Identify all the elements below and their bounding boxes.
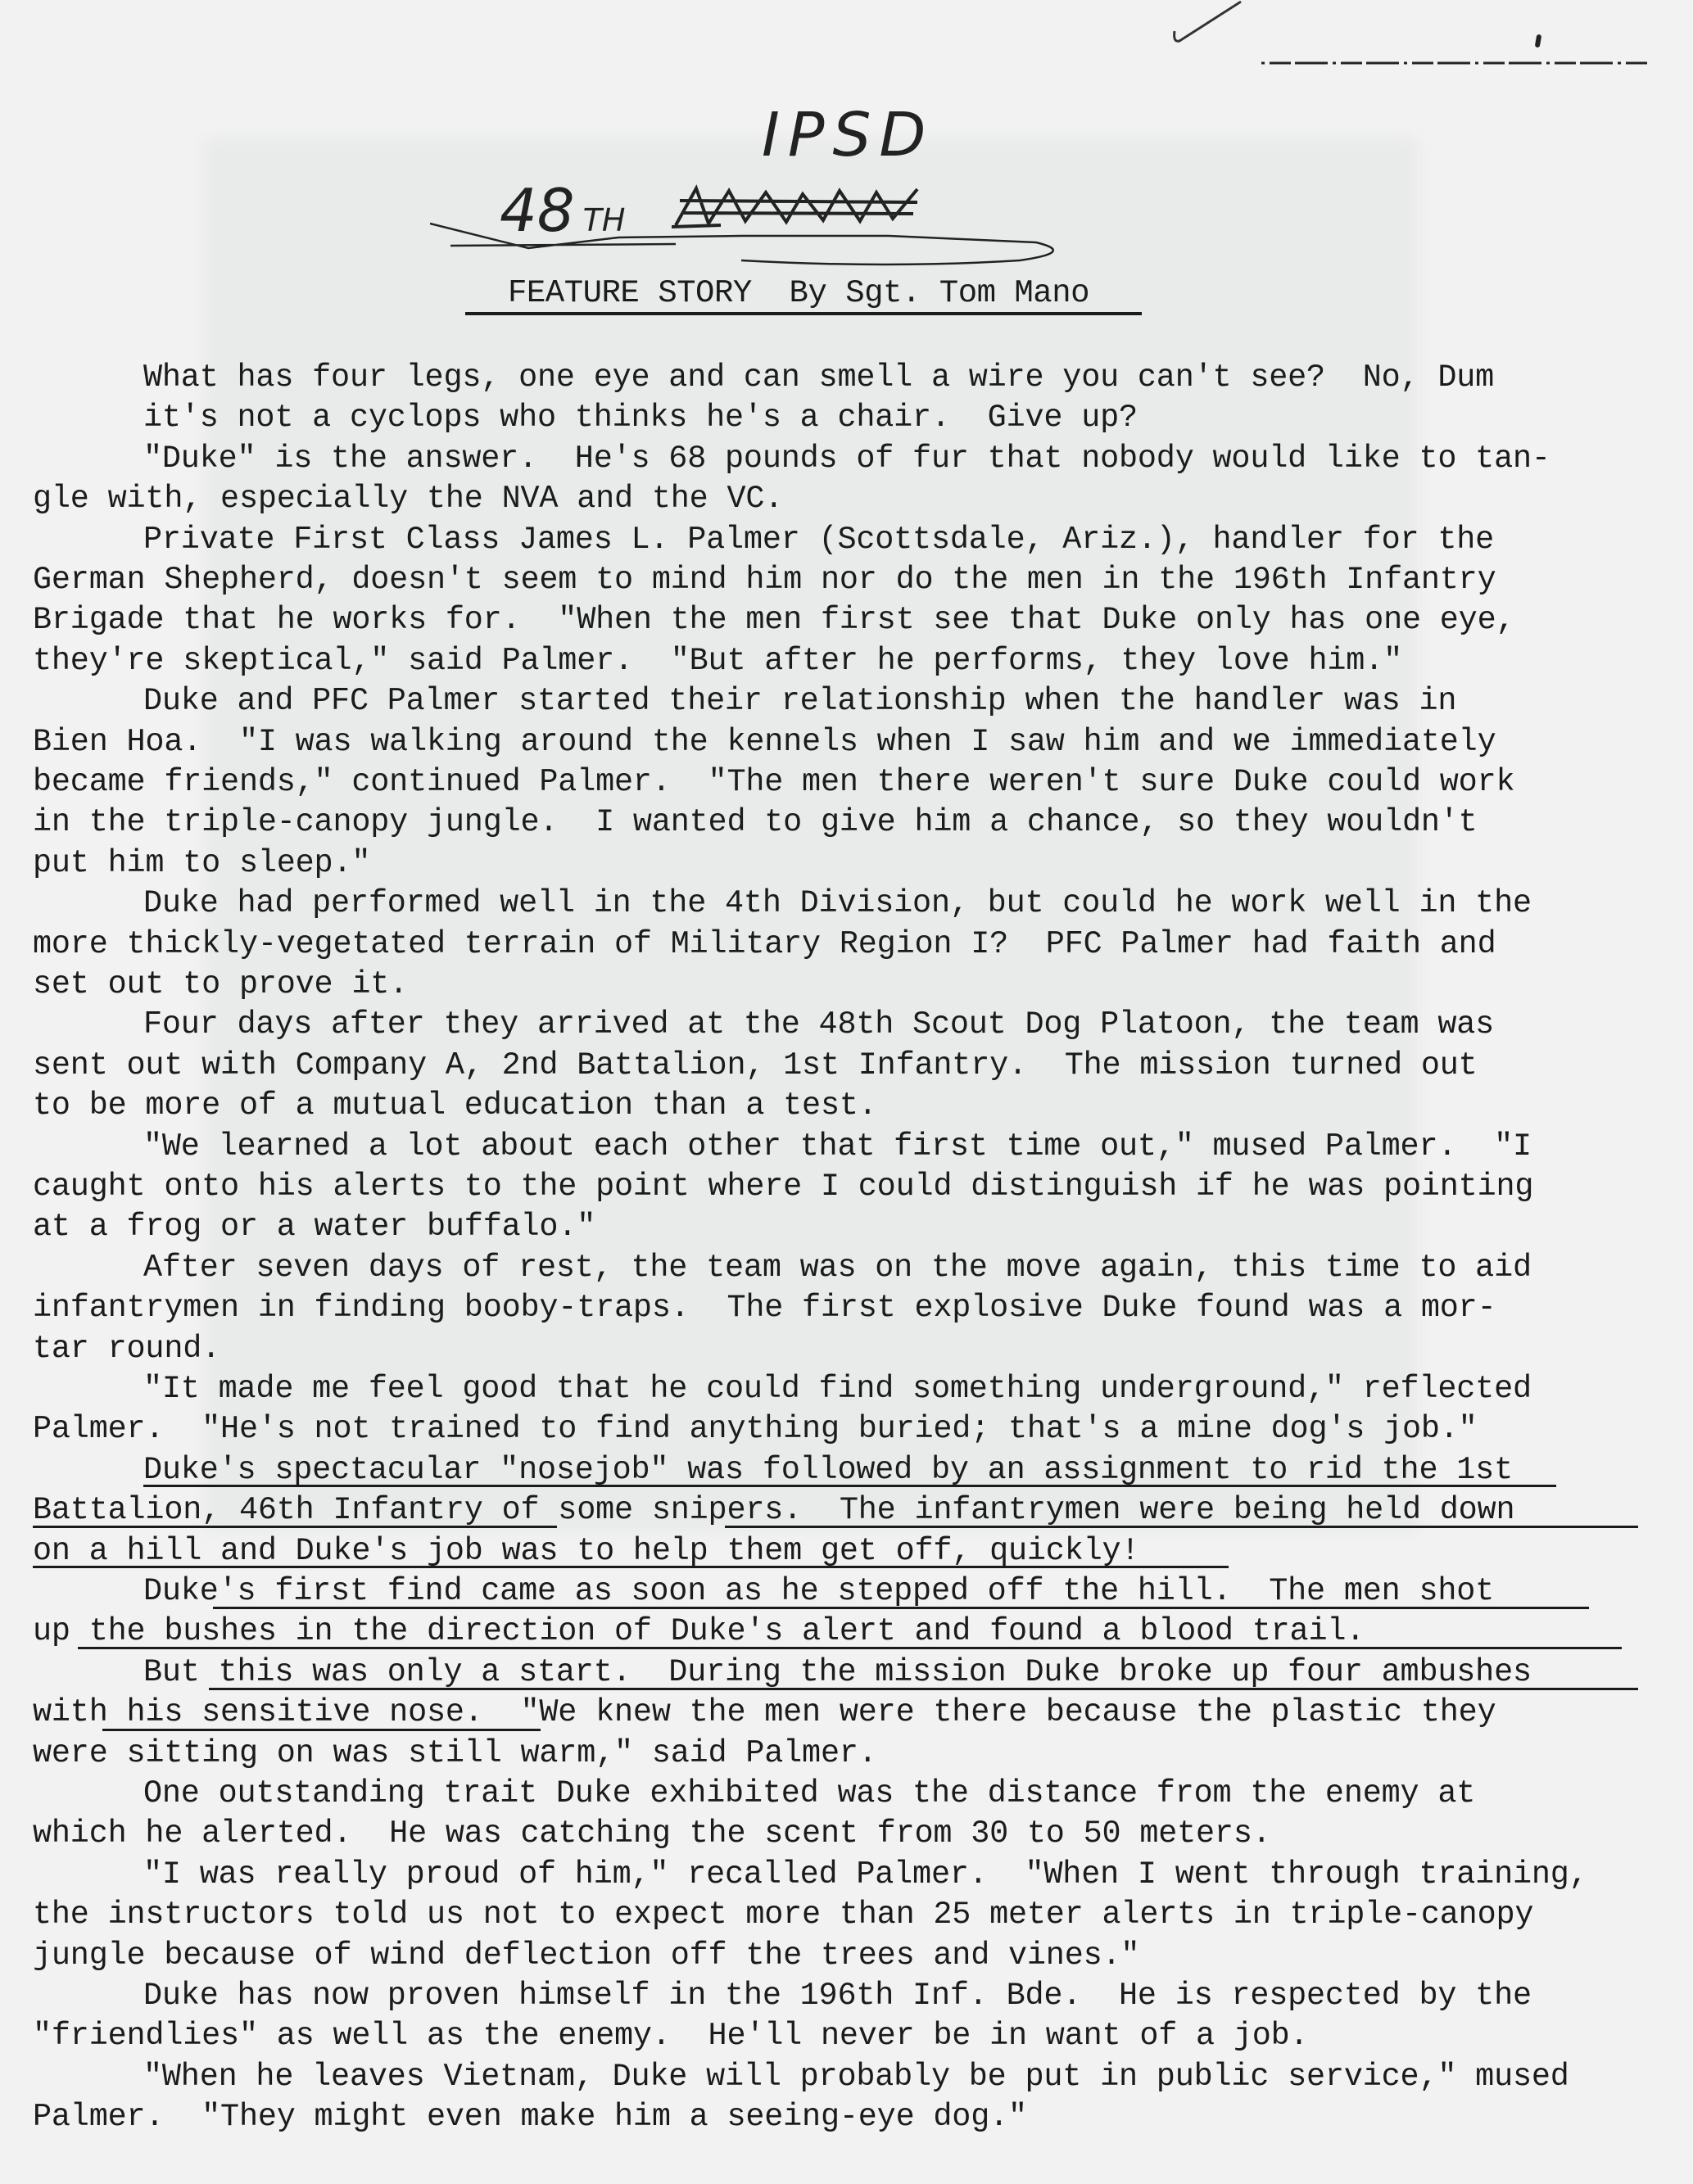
- text-line: sent out with Company A, 2nd Battalion, …: [33, 1046, 1478, 1086]
- handwritten-underline: [33, 1526, 557, 1528]
- ink-mark: [1535, 34, 1542, 48]
- text-line: Battalion, 46th Infantry of some snipers…: [33, 1490, 1514, 1531]
- byline-heading: FEATURE STORY By Sgt. Tom Mano: [508, 275, 1089, 311]
- text-line: more thickly-vegetated terrain of Milita…: [33, 925, 1496, 965]
- handwritten-underline: [143, 1485, 1556, 1487]
- text-line: the instructors told us not to expect mo…: [33, 1895, 1533, 1935]
- handwritten-underline: [33, 1566, 1229, 1568]
- text-line: "friendlies" as well as the enemy. He'll…: [33, 2016, 1308, 2056]
- text-line: German Shepherd, doesn't seem to mind hi…: [33, 560, 1496, 600]
- text-line: What has four legs, one eye and can smel…: [143, 358, 1494, 398]
- text-line: But this was only a start. During the mi…: [143, 1653, 1532, 1693]
- text-line: with his sensitive nose. "We knew the me…: [33, 1693, 1496, 1733]
- text-line: at a frog or a water buffalo.": [33, 1207, 595, 1247]
- text-line: jungle because of wind deflection off th…: [33, 1936, 1139, 1976]
- text-line: Duke has now proven himself in the 196th…: [143, 1976, 1532, 2016]
- text-line: "When he leaves Vietnam, Duke will proba…: [143, 2057, 1569, 2097]
- text-line: which he alerted. He was catching the sc…: [33, 1814, 1271, 1854]
- text-line: Private First Class James L. Palmer (Sco…: [143, 520, 1494, 560]
- text-line: Bien Hoa. "I was walking around the kenn…: [33, 722, 1496, 762]
- handwritten-underline: [725, 1526, 1638, 1528]
- text-line: Duke and PFC Palmer started their relati…: [143, 681, 1456, 721]
- text-line: caught onto his alerts to the point wher…: [33, 1167, 1533, 1207]
- text-line: put him to sleep.": [33, 843, 370, 884]
- text-line: set out to prove it.: [33, 965, 408, 1005]
- handwritten-underline: [213, 1607, 1589, 1609]
- text-line: in the triple-canopy jungle. I wanted to…: [33, 803, 1478, 843]
- handwritten-underline: [102, 1729, 541, 1731]
- handwritten-underline-loop: [430, 219, 1085, 277]
- text-line: Four days after they arrived at the 48th…: [143, 1005, 1494, 1045]
- text-line: gle with, especially the NVA and the VC.: [33, 479, 783, 519]
- text-line: it's not a cyclops who thinks he's a cha…: [143, 398, 1138, 438]
- text-line: they're skeptical," said Palmer. "But af…: [33, 641, 1402, 681]
- dashed-rule: [1261, 53, 1655, 70]
- handwritten-underline: [78, 1647, 1622, 1649]
- text-line: became friends," continued Palmer. "The …: [33, 762, 1514, 803]
- text-line: to be more of a mutual education than a …: [33, 1086, 877, 1126]
- text-line: One outstanding trait Duke exhibited was…: [143, 1774, 1475, 1814]
- byline-underline: [465, 312, 1142, 315]
- text-line: Palmer. "He's not trained to find anythi…: [33, 1409, 1478, 1449]
- text-line: were sitting on was still warm," said Pa…: [33, 1734, 877, 1774]
- text-line: Duke's first find came as soon as he ste…: [143, 1571, 1494, 1612]
- checkmark-icon: [1171, 0, 1245, 45]
- handwritten-ipsd: IPSD: [762, 100, 934, 170]
- text-line: Duke had performed well in the 4th Divis…: [143, 884, 1532, 924]
- text-line: "We learned a lot about each other that …: [143, 1127, 1532, 1167]
- text-line: After seven days of rest, the team was o…: [143, 1248, 1532, 1288]
- text-line: tar round.: [33, 1329, 220, 1369]
- text-line: Palmer. "They might even make him a seei…: [33, 2097, 1027, 2137]
- handwritten-underline: [209, 1688, 1638, 1690]
- text-line: "I was really proud of him," recalled Pa…: [143, 1855, 1588, 1895]
- text-line: Brigade that he works for. "When the men…: [33, 600, 1514, 640]
- text-line: infantrymen in finding booby-traps. The …: [33, 1288, 1496, 1328]
- text-line: "Duke" is the answer. He's 68 pounds of …: [143, 439, 1550, 479]
- text-line: "It made me feel good that he could find…: [143, 1369, 1532, 1409]
